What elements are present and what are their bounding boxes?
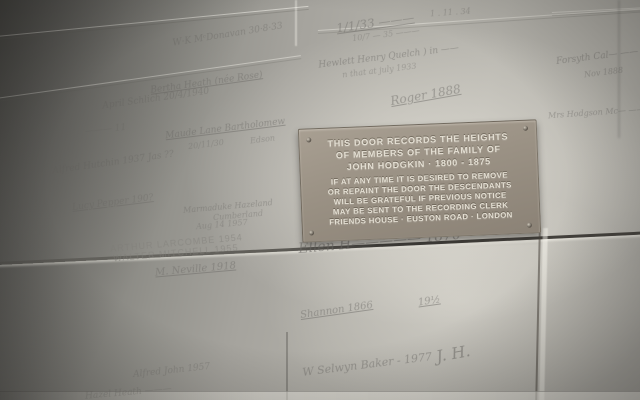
handwriting-signature: Lucy Pepper 190?	[72, 193, 154, 213]
handwriting-signature: M. Neville 1918	[155, 260, 237, 278]
handwriting-signature: Alfred Hutchin 1937 Jas ??	[52, 150, 175, 177]
handwriting-signature: 19½	[417, 294, 441, 308]
handwriting-signature: Aug 14 1957	[196, 218, 248, 231]
plaque-body-lines: IF AT ANY TIME IT IS DESIRED TO REMOVEOR…	[306, 169, 535, 228]
plaque-heading-lines: THIS DOOR RECORDS THE HEIGHTSOF MEMBERS …	[304, 129, 532, 174]
handwriting-signature: W Selwyn Baker - 1977	[302, 350, 433, 379]
screw-icon	[527, 223, 532, 228]
handwriting-signature: Forsyth Cal— ——	[556, 47, 639, 67]
panel-groove-bottom	[286, 332, 288, 400]
panel-crease-top-left	[0, 6, 309, 40]
screw-icon	[309, 230, 314, 235]
handwriting-signature: J. H.	[435, 341, 472, 366]
handwriting-signature: Mrs Hodgson Mc— ——	[548, 105, 640, 121]
door-edge-top-middle	[295, 0, 297, 46]
door-stile-highlight	[539, 228, 548, 400]
handwriting-signature: Edson	[250, 134, 276, 146]
door-photo: 1/1/33 ———1 . 11 . 3410/7 — 35 ———W·K Mᶜ…	[0, 0, 640, 400]
handwriting-signature: Roger 1888	[389, 82, 461, 108]
plaque-text: THIS DOOR RECORDS THE HEIGHTSOF MEMBERS …	[299, 120, 540, 228]
handwriting-signature: 20/11/30	[188, 138, 225, 151]
handwriting-signature: W·K MᶜDonavan 30·8·33	[172, 21, 284, 48]
handwriting-signature: Alfred John 1957	[133, 362, 211, 380]
handwriting-signature: Shannon 1866	[300, 300, 374, 321]
memorial-plaque: THIS DOOR RECORDS THE HEIGHTSOF MEMBERS …	[298, 119, 541, 242]
handwriting-signature: 1 . 11 . 34	[430, 7, 471, 19]
handwriting-signature: ——— 11	[85, 123, 127, 137]
